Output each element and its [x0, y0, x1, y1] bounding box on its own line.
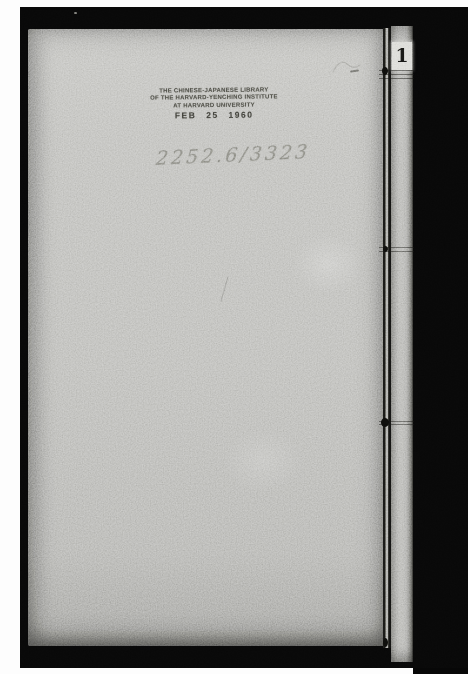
- scanned-document-view: 1 THE CHINESE-JAPANESE LIBRARY OF THE HA…: [0, 0, 468, 674]
- book-gutter: [383, 28, 391, 648]
- scanned-page: [28, 29, 384, 646]
- paper-blotch: [223, 429, 303, 493]
- paper-blotch: [293, 234, 363, 294]
- page-number-tab-label: 1: [395, 47, 408, 66]
- dust-speck: [74, 12, 77, 14]
- binding-knot: [382, 67, 388, 75]
- page-edge-tab: 1: [392, 42, 412, 70]
- binding-knot: [381, 418, 389, 427]
- binding-knot: [383, 638, 388, 647]
- binding-knot: [383, 246, 388, 252]
- page-edge-strip: [391, 26, 413, 662]
- library-stamp: THE CHINESE-JAPANESE LIBRARY OF THE HARV…: [148, 87, 280, 120]
- scanner-background-corner: [413, 640, 468, 674]
- date-stamp: FEB 25 1960: [148, 112, 280, 121]
- pencil-squiggle: [330, 50, 366, 80]
